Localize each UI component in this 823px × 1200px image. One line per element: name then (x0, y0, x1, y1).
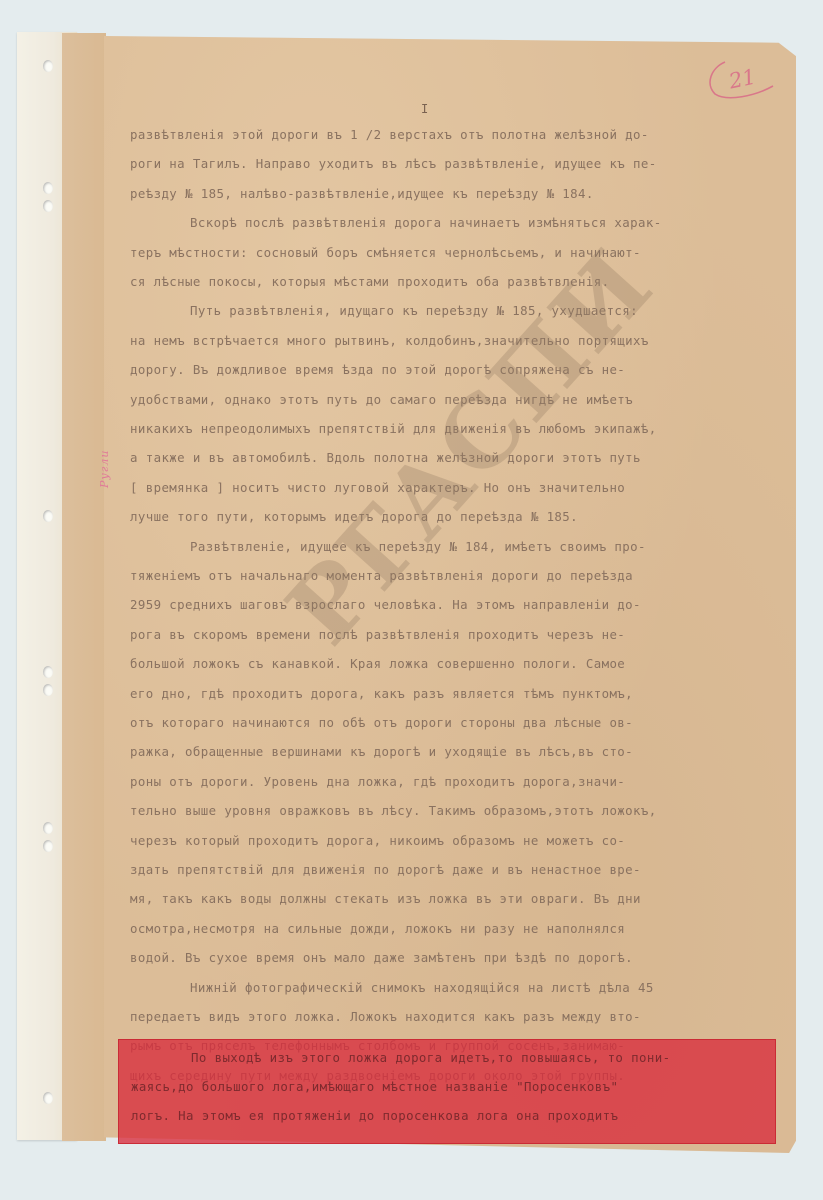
text-line: передаетъ видъ этого ложка. Ложокъ наход… (130, 1009, 641, 1024)
text-line: водой. Въ сухое время онъ мало даже замѣ… (130, 950, 633, 965)
margin-note: Ругли (98, 450, 111, 488)
text-line: ся лѣсные покосы, которыя мѣстами проход… (130, 274, 609, 289)
text-line: Развѣтвленіе, идущее къ переѣзду № 184, … (190, 539, 646, 554)
text-line: дорогу. Въ дождливое время ѣзда по этой … (130, 362, 625, 377)
text-line: [ времянка ] носитъ чисто луговой характ… (130, 480, 625, 495)
paper-edge-strip (62, 33, 106, 1141)
punch-hole (43, 200, 53, 212)
text-line: удобствами, однако этотъ путь до самаго … (130, 392, 633, 407)
text-line: Путь развѣтвленія, идущаго къ переѣзду №… (190, 303, 638, 318)
folio-stamp: 21 (703, 58, 775, 100)
text-line: лучше того пути, которымъ идетъ дорога д… (130, 509, 578, 524)
text-line: осмотра,несмотря на сильные дожди, ложок… (130, 921, 625, 936)
text-line: тельно выше уровня овражковъ въ лѣсу. Та… (130, 803, 657, 818)
text-line: теръ мѣстности: сосновый боръ смѣняется … (130, 245, 641, 260)
punch-hole (43, 510, 53, 522)
text-line: Вскорѣ послѣ развѣтвленія дорога начинае… (190, 215, 662, 230)
punch-hole (43, 60, 53, 72)
text-line: Нижній фотографическій снимокъ находящій… (190, 980, 654, 995)
punch-hole (43, 840, 53, 852)
punch-hole (43, 684, 53, 696)
text-line: роны отъ дороги. Уровень дна ложка, гдѣ … (130, 774, 625, 789)
highlighted-region: По выходѣ изъ этого ложка дорога идетъ,т… (118, 1039, 776, 1144)
highlighted-text-line: жаясь,до большого лога,имѣющаго мѣстное … (131, 1079, 618, 1094)
text-line: рога въ скоромъ времени послѣ развѣтвлен… (130, 627, 625, 642)
page-mark: I (421, 102, 428, 116)
punch-hole (43, 666, 53, 678)
text-line: 2959 среднихъ шаговъ взрослаго человѣка.… (130, 597, 641, 612)
text-line: черезъ который проходитъ дорога, никоимъ… (130, 833, 625, 848)
text-line: реѣзду № 185, налѣво-развѣтвленіе,идущее… (130, 186, 594, 201)
text-line: его дно, гдѣ проходитъ дорога, какъ разъ… (130, 686, 633, 701)
text-line: мя, такъ какъ воды должны стекать изъ ло… (130, 891, 641, 906)
punch-hole (43, 182, 53, 194)
text-line: на немъ встрѣчается много рытвинъ, колдо… (130, 333, 649, 348)
punch-hole (43, 822, 53, 834)
text-line: тяженіемъ отъ начальнаго момента развѣтв… (130, 568, 633, 583)
text-line: здать препятствій для движенія по дорогѣ… (130, 862, 641, 877)
text-line: никакихъ непреодолимыхъ препятствій для … (130, 421, 657, 436)
punch-hole (43, 1092, 53, 1104)
highlighted-text-line: логъ. На этомъ ея протяженіи до поросенк… (131, 1108, 618, 1123)
highlighted-text-line: По выходѣ изъ этого ложка дорога идетъ,т… (191, 1050, 670, 1065)
text-line: ражка, обращенные вершинами къ дорогѣ и … (130, 744, 633, 759)
text-line: роги на Тагилъ. Направо уходитъ въ лѣсъ … (130, 156, 657, 171)
text-line: отъ котораго начинаются по обѣ отъ дорог… (130, 715, 633, 730)
text-line: а также и въ автомобилѣ. Вдоль полотна ж… (130, 450, 641, 465)
text-line: большой ложокъ съ канавкой. Края ложка с… (130, 656, 625, 671)
text-line: развѣтвленія этой дороги въ 1 /2 верстах… (130, 127, 649, 142)
